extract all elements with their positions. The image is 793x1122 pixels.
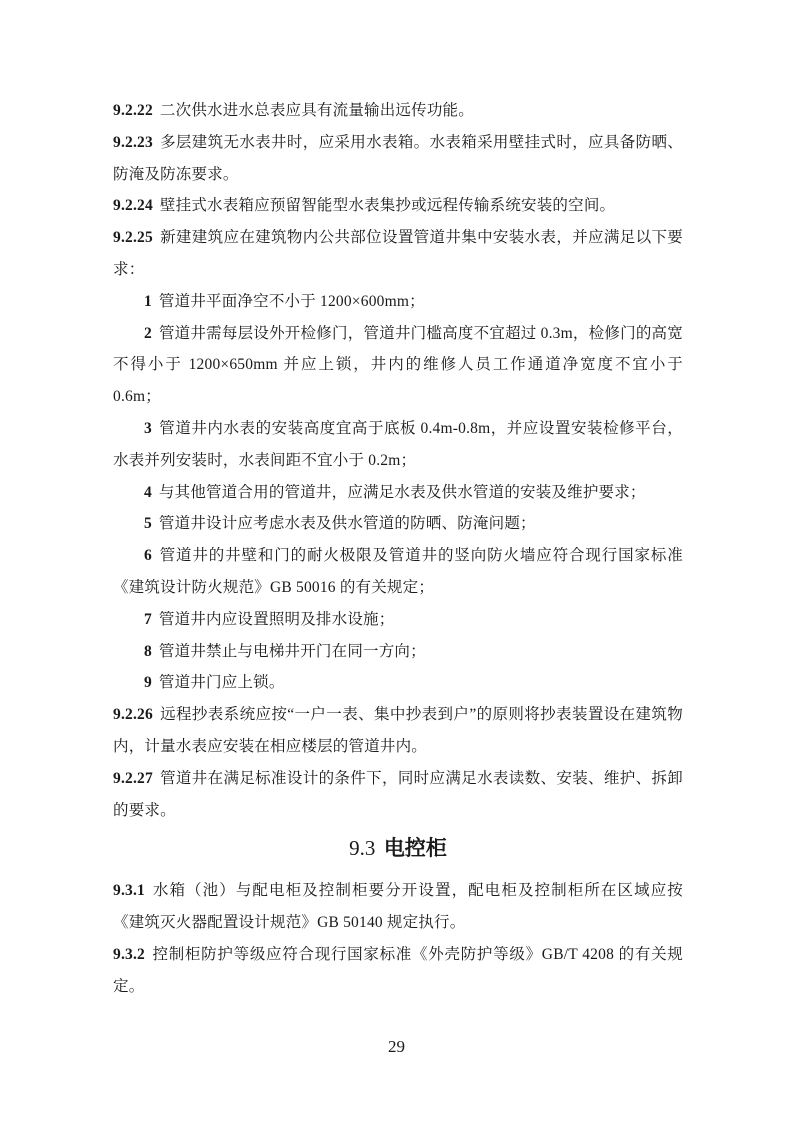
list-item-2: 2管道井需每层设外开检修门，管道井门槛高度不宜超过 0.3m，检修门的高宽不得小… [113, 318, 683, 413]
item-number: 6 [144, 547, 152, 564]
list-item-6: 6管道井的井壁和门的耐火极限及管道井的竖向防火墙应符合现行国家标准《建筑设计防火… [113, 540, 683, 604]
clause-label: 9.2.25 [113, 229, 153, 246]
item-number: 1 [144, 293, 152, 310]
clause-text: 二次供水进水总表应具有流量输出远传功能。 [160, 102, 474, 119]
clause-text: 水箱（池）与配电柜及控制柜要分开设置，配电柜及控制柜所在区域应按《建筑灭火器配置… [113, 882, 683, 931]
item-text: 管道井需每层设外开检修门，管道井门槛高度不宜超过 0.3m，检修门的高宽不得小于… [113, 325, 683, 406]
clause-9-2-24: 9.2.24壁挂式水表箱应预留智能型水表集抄或远程传输系统安装的空间。 [113, 190, 683, 222]
clause-label: 9.3.2 [113, 946, 145, 963]
clause-9-2-23: 9.2.23多层建筑无水表井时，应采用水表箱。水表箱采用壁挂式时，应具备防晒、防… [113, 127, 683, 191]
page-number: 29 [388, 1037, 405, 1056]
item-number: 2 [144, 325, 152, 342]
clause-9-2-27: 9.2.27管道井在满足标准设计的条件下，同时应满足水表读数、安装、维护、拆卸的… [113, 763, 683, 827]
section-number: 9.3 [349, 836, 375, 860]
clause-label: 9.2.22 [113, 102, 153, 119]
document-page: 9.2.22二次供水进水总表应具有流量输出远传功能。 9.2.23多层建筑无水表… [0, 0, 793, 1122]
item-number: 7 [144, 611, 152, 628]
clause-9-3-2: 9.3.2控制柜防护等级应符合现行国家标准《外壳防护等级》GB/T 4208 的… [113, 939, 683, 1003]
item-number: 9 [144, 674, 152, 691]
page-footer: 29 [0, 1036, 793, 1058]
clause-label: 9.2.24 [113, 197, 153, 214]
clause-text: 控制柜防护等级应符合现行国家标准《外壳防护等级》GB/T 4208 的有关规定。 [113, 946, 683, 995]
item-number: 8 [144, 643, 152, 660]
item-text: 管道井禁止与电梯井开门在同一方向； [159, 643, 426, 660]
item-number: 3 [144, 420, 152, 437]
item-text: 与其他管道合用的管道井，应满足水表及供水管道的安装及维护要求； [159, 484, 646, 501]
clause-text: 多层建筑无水表井时，应采用水表箱。水表箱采用壁挂式时，应具备防晒、防淹及防冻要求… [113, 134, 683, 183]
item-text: 管道井门应上锁。 [159, 674, 285, 691]
clause-9-2-22: 9.2.22二次供水进水总表应具有流量输出远传功能。 [113, 95, 683, 127]
clause-9-2-25: 9.2.25新建建筑应在建筑物内公共部位设置管道井集中安装水表，并应满足以下要求… [113, 222, 683, 286]
document-body: 9.2.22二次供水进水总表应具有流量输出远传功能。 9.2.23多层建筑无水表… [113, 95, 683, 1003]
clause-text: 远程抄表系统应按“一户一表、集中抄表到户”的原则将抄表装置设在建筑物内，计量水表… [113, 706, 683, 755]
list-item-3: 3管道井内水表的安装高度宜高于底板 0.4m-0.8m，并应设置安装检修平台，水… [113, 413, 683, 477]
clause-text: 新建建筑应在建筑物内公共部位设置管道井集中安装水表，并应满足以下要求： [113, 229, 683, 278]
list-item-7: 7管道井内应设置照明及排水设施； [113, 604, 683, 636]
list-item-1: 1管道井平面净空不小于 1200×600mm； [113, 286, 683, 318]
clause-label: 9.2.26 [113, 706, 153, 723]
list-item-5: 5管道井设计应考虑水表及供水管道的防晒、防淹问题； [113, 508, 683, 540]
list-item-4: 4与其他管道合用的管道井，应满足水表及供水管道的安装及维护要求； [113, 477, 683, 509]
clause-label: 9.3.1 [113, 882, 145, 899]
item-text: 管道井的井壁和门的耐火极限及管道井的竖向防火墙应符合现行国家标准《建筑设计防火规… [113, 547, 683, 596]
item-text: 管道井设计应考虑水表及供水管道的防晒、防淹问题； [159, 515, 536, 532]
item-number: 5 [144, 515, 152, 532]
item-text: 管道井内水表的安装高度宜高于底板 0.4m-0.8m，并应设置安装检修平台，水表… [113, 420, 683, 469]
item-text: 管道井平面净空不小于 1200×600mm； [159, 293, 425, 310]
list-item-9: 9管道井门应上锁。 [113, 667, 683, 699]
list-item-8: 8管道井禁止与电梯井开门在同一方向； [113, 636, 683, 668]
clause-9-2-26: 9.2.26远程抄表系统应按“一户一表、集中抄表到户”的原则将抄表装置设在建筑物… [113, 699, 683, 763]
item-number: 4 [144, 484, 152, 501]
section-title: 电控柜 [384, 837, 447, 860]
clause-9-3-1: 9.3.1水箱（池）与配电柜及控制柜要分开设置，配电柜及控制柜所在区域应按《建筑… [113, 875, 683, 939]
section-heading-9-3: 9.3电控柜 [113, 832, 683, 865]
clause-text: 壁挂式水表箱应预留智能型水表集抄或远程传输系统安装的空间。 [160, 197, 615, 214]
clause-label: 9.2.27 [113, 770, 153, 787]
clause-text: 管道井在满足标准设计的条件下，同时应满足水表读数、安装、维护、拆卸的要求。 [113, 770, 683, 819]
item-text: 管道井内应设置照明及排水设施； [159, 611, 395, 628]
clause-label: 9.2.23 [113, 134, 153, 151]
